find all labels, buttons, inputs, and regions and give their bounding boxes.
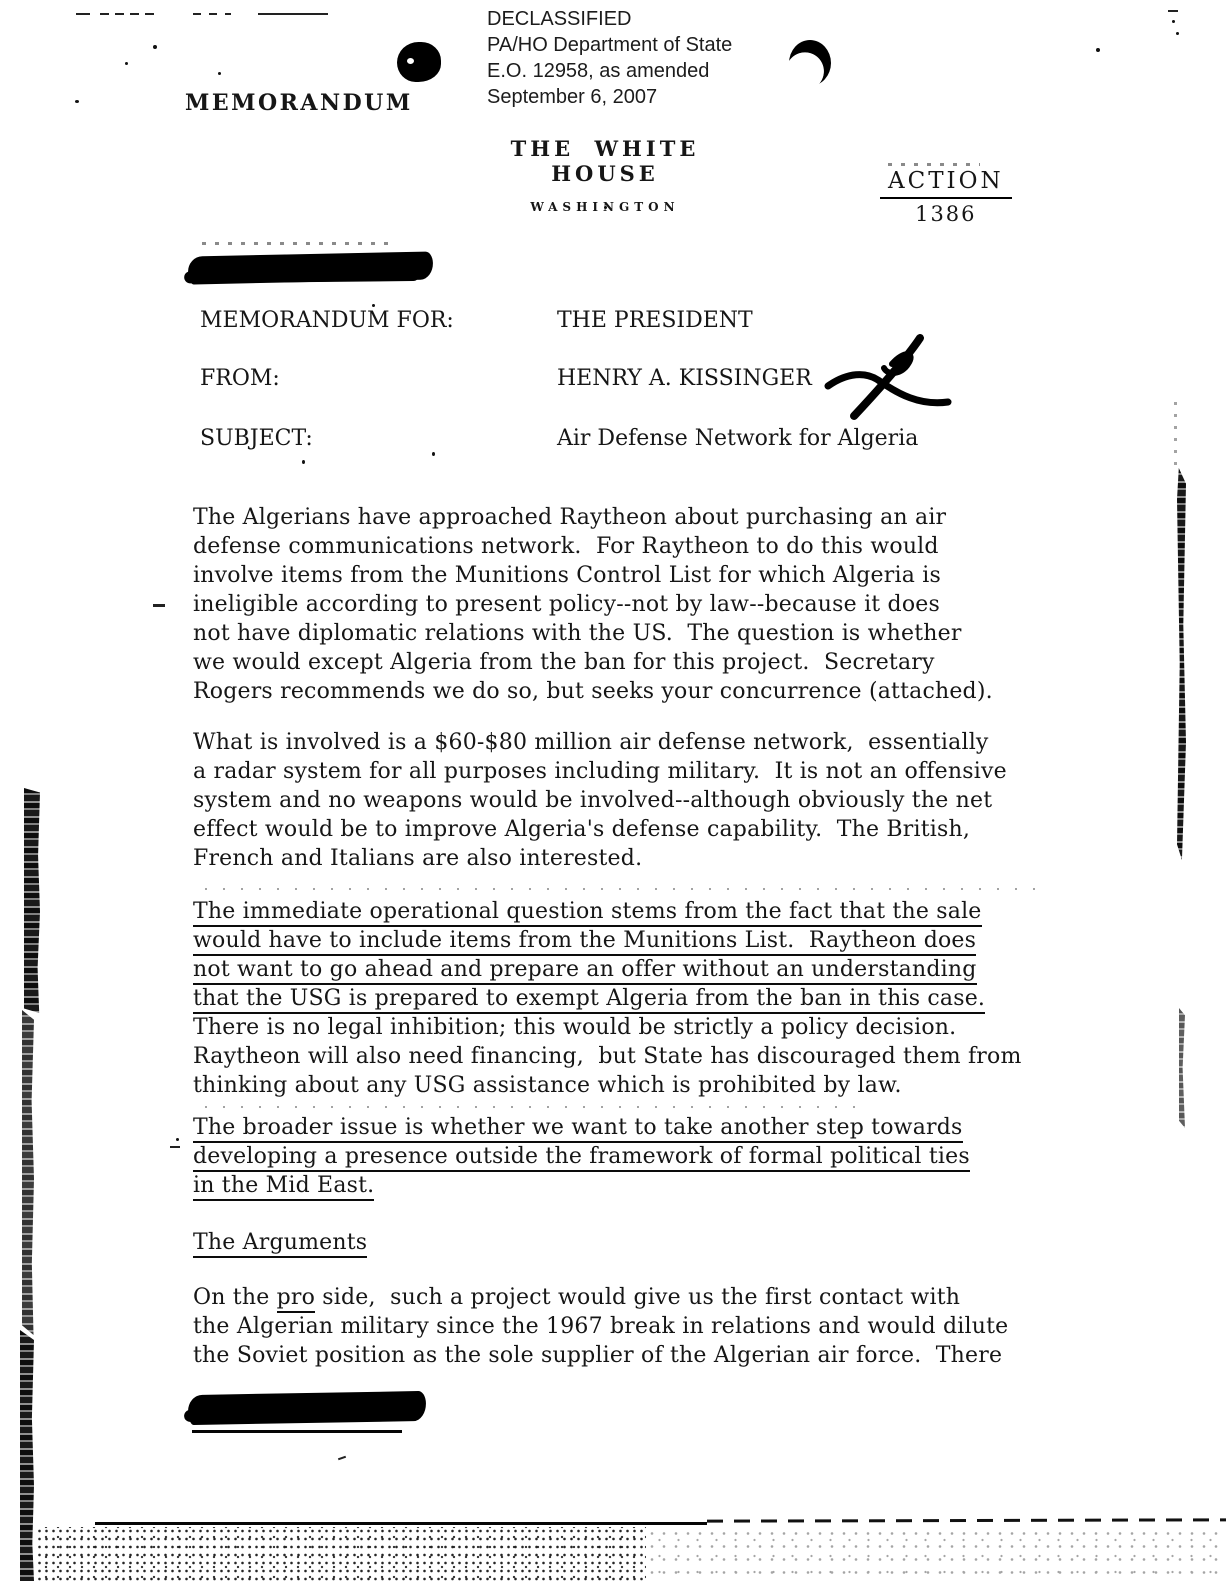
memo-body-line: that the USG is prepared to exempt Alger…: [193, 984, 1022, 1013]
redaction-bar-bottom: [188, 1391, 426, 1425]
scan-mark: [153, 604, 165, 607]
stamp-line: E.O. 12958, as amended: [487, 58, 732, 84]
paragraph-2: What is involved is a $60-$80 million ai…: [193, 728, 1007, 873]
memo-body-line: developing a presence outside the framew…: [193, 1142, 970, 1171]
memo-body-line: What is involved is a $60-$80 million ai…: [193, 728, 1007, 757]
declassification-stamp: DECLASSIFIED PA/HO Department of State E…: [487, 6, 732, 110]
scan-dot: [125, 62, 128, 65]
scan-dot: [176, 1138, 179, 1141]
scan-artifact-right-strip: [1177, 468, 1186, 860]
memo-body-line: in the Mid East.: [193, 1171, 970, 1200]
scan-dot: [218, 72, 221, 75]
letterhead-title: THE WHITE HOUSE: [455, 136, 755, 186]
memo-body-line: involve items from the Munitions Control…: [193, 561, 993, 590]
memo-body-line: The Algerians have approached Raytheon a…: [193, 503, 993, 532]
scan-mark: [100, 13, 158, 15]
scan-artifact-right-strip: [1179, 1008, 1185, 1128]
scan-bottom-speckle-sparse: [646, 1527, 1226, 1581]
stamp-line: DECLASSIFIED: [487, 6, 732, 32]
memorandum-label: MEMORANDUM: [185, 90, 413, 116]
signature-scribble: [820, 334, 955, 424]
paragraph-5: On the pro side, such a project would gi…: [193, 1283, 1008, 1370]
memo-body-line: system and no weapons would be involved-…: [193, 786, 1007, 815]
scan-mark: [193, 13, 231, 15]
scan-dot: [1096, 48, 1100, 52]
scan-artifact-left-strip: [22, 1010, 34, 1335]
memo-body-line: Rogers recommends we do so, but seeks yo…: [193, 677, 993, 706]
scan-dotted-line: [205, 1106, 855, 1108]
scan-dotted-line: [888, 163, 980, 166]
scan-dot: [372, 304, 375, 307]
memo-body-line: There is no legal inhibition; this would…: [193, 1013, 1022, 1042]
subject-value: Air Defense Network for Algeria: [557, 426, 918, 451]
memo-body-line: French and Italians are also interested.: [193, 844, 1007, 873]
scan-dot: [1172, 20, 1175, 23]
memo-body-line: the Soviet position as the sole supplier…: [193, 1341, 1008, 1370]
scan-mark: [1168, 10, 1178, 12]
scan-artifact-right-dots: [1174, 402, 1177, 468]
memo-body-line: defense communications network. For Rayt…: [193, 532, 993, 561]
scan-dot: [1176, 32, 1179, 35]
subject-label: SUBJECT:: [200, 426, 313, 451]
memo-body-line: would have to include items from the Mun…: [193, 926, 1022, 955]
hole-punch-right: [789, 40, 831, 86]
scan-dot: [302, 460, 305, 464]
scan-mark: [170, 1146, 180, 1148]
scan-artifact-left-strip: [20, 1330, 34, 1581]
memo-body-line: The immediate operational question stems…: [193, 897, 1022, 926]
scan-dotted-line: [202, 242, 392, 245]
paragraph-4: The broader issue is whether we want to …: [193, 1113, 970, 1200]
paragraph-3: The immediate operational question stems…: [193, 897, 1022, 1100]
scan-dot: [153, 45, 157, 49]
memo-body-line: the Algerian military since the 1967 bre…: [193, 1312, 1008, 1341]
scan-bottom-dashed-line: [707, 1518, 1226, 1522]
memo-body-line: ineligible according to present policy--…: [193, 590, 993, 619]
scan-artifact-left-strip: [24, 788, 40, 1013]
memo-body-line: effect would be to improve Algeria's def…: [193, 815, 1007, 844]
action-number: 1386: [880, 202, 1012, 226]
memo-body-line: The broader issue is whether we want to …: [193, 1113, 970, 1142]
redaction-bar-top: [188, 251, 434, 284]
memo-body-line: thinking about any USG assistance which …: [193, 1071, 1022, 1100]
memo-body-line: a radar system for all purposes includin…: [193, 757, 1007, 786]
hole-punch-left: [397, 42, 441, 82]
arguments-heading: The Arguments: [193, 1228, 367, 1257]
memo-page: DECLASSIFIED PA/HO Department of State E…: [0, 0, 1226, 1581]
scan-bottom-speckle-dense: [36, 1527, 646, 1581]
action-label: ACTION: [880, 168, 1012, 199]
from-label: FROM:: [200, 366, 280, 391]
memo-for-label: MEMORANDUM FOR:: [200, 308, 454, 333]
memo-body-line: On the pro side, such a project would gi…: [193, 1283, 1008, 1312]
stamp-line: September 6, 2007: [487, 84, 732, 110]
action-block: ACTION 1386: [880, 168, 1012, 226]
scan-bottom-line: [95, 1522, 707, 1525]
scan-mark: [76, 13, 90, 15]
memo-body-line: Raytheon will also need financing, but S…: [193, 1042, 1022, 1071]
scan-dotted-line: [205, 888, 1035, 890]
scan-mark: [258, 13, 328, 15]
memo-body-line: not have diplomatic relations with the U…: [193, 619, 993, 648]
scan-dot: [604, 206, 607, 209]
paragraph-1: The Algerians have approached Raytheon a…: [193, 503, 993, 706]
stamp-line: PA/HO Department of State: [487, 32, 732, 58]
memo-body-line: not want to go ahead and prepare an offe…: [193, 955, 1022, 984]
scan-dot: [432, 452, 435, 456]
memo-for-value: THE PRESIDENT: [557, 308, 753, 333]
redaction-underline: [192, 1430, 402, 1433]
scan-dot: [75, 100, 79, 103]
memo-body-line: we would except Algeria from the ban for…: [193, 648, 993, 677]
from-value: HENRY A. KISSINGER: [557, 366, 812, 391]
scan-mark: [338, 1456, 346, 1461]
letterhead: THE WHITE HOUSE WASHINGTON: [455, 136, 755, 214]
